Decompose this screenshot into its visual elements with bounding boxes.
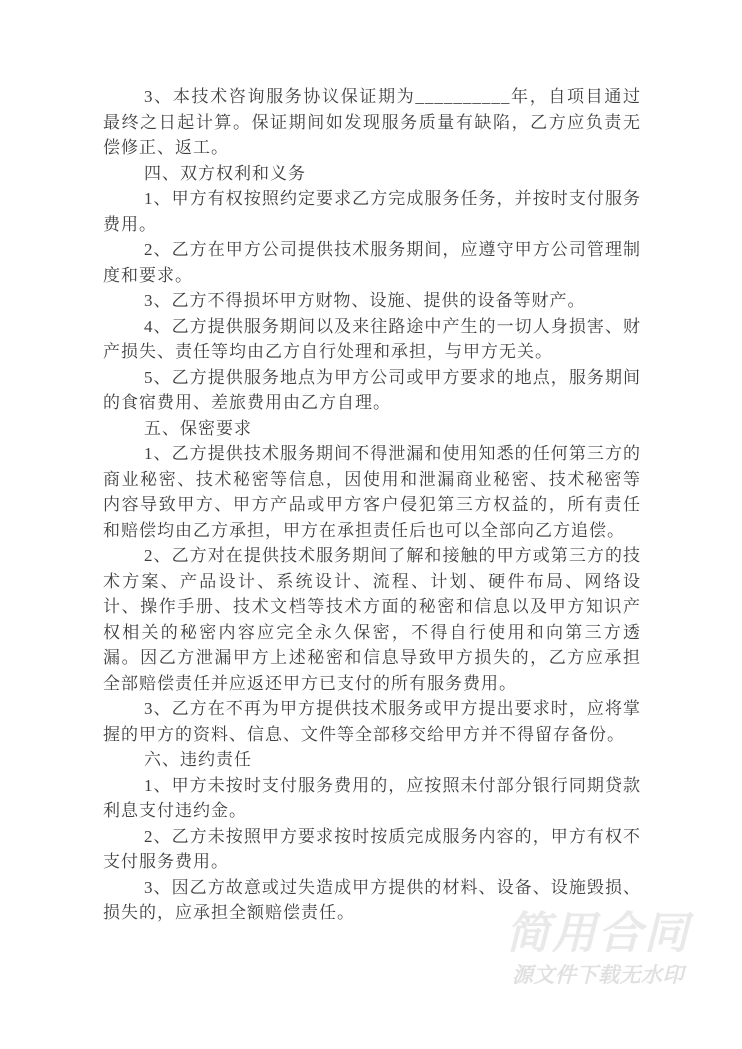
- document-page: 3、本技术咨询服务协议保证期为__________年，自项目通过最终之日起计算。…: [0, 0, 742, 1049]
- section-heading: 六、违约责任: [103, 747, 641, 773]
- clause-paragraph: 1、甲方有权按照约定要求乙方完成服务任务，并按时支付服务费用。: [103, 186, 641, 237]
- clause-paragraph: 3、乙方不得损坏甲方财物、设施、提供的设备等财产。: [103, 288, 641, 314]
- clause-paragraph: 3、乙方在不再为甲方提供技术服务或甲方提出要求时，应将掌握的甲方的资料、信息、文…: [103, 696, 641, 747]
- clause-paragraph: 2、乙方在甲方公司提供技术服务期间，应遵守甲方公司管理制度和要求。: [103, 237, 641, 288]
- clause-paragraph: 2、乙方未按照甲方要求按时按质完成服务内容的，甲方有权不支付服务费用。: [103, 824, 641, 875]
- section-heading: 四、双方权利和义务: [103, 161, 641, 187]
- clause-paragraph: 4、乙方提供服务期间以及来往路途中产生的一切人身损害、财产损失、责任等均由乙方自…: [103, 314, 641, 365]
- clause-paragraph: 5、乙方提供服务地点为甲方公司或甲方要求的地点，服务期间的食宿费用、差旅费用由乙…: [103, 365, 641, 416]
- clause-paragraph: 1、甲方未按时支付服务费用的，应按照未付部分银行同期贷款利息支付违约金。: [103, 773, 641, 824]
- clause-paragraph: 3、因乙方故意或过失造成甲方提供的材料、设备、设施毁损、损失的，应承担全额赔偿责…: [103, 875, 641, 926]
- clause-paragraph: 1、乙方提供技术服务期间不得泄漏和使用知悉的任何第三方的商业秘密、技术秘密等信息…: [103, 441, 641, 543]
- contract-body: 3、本技术咨询服务协议保证期为__________年，自项目通过最终之日起计算。…: [103, 84, 641, 926]
- watermark-subtitle-text: 源文件下载无水印: [506, 964, 690, 987]
- clause-paragraph: 3、本技术咨询服务协议保证期为__________年，自项目通过最终之日起计算。…: [103, 84, 641, 161]
- section-heading: 五、保密要求: [103, 416, 641, 442]
- clause-paragraph: 2、乙方对在提供技术服务期间了解和接触的甲方或第三方的技术方案、产品设计、系统设…: [103, 543, 641, 696]
